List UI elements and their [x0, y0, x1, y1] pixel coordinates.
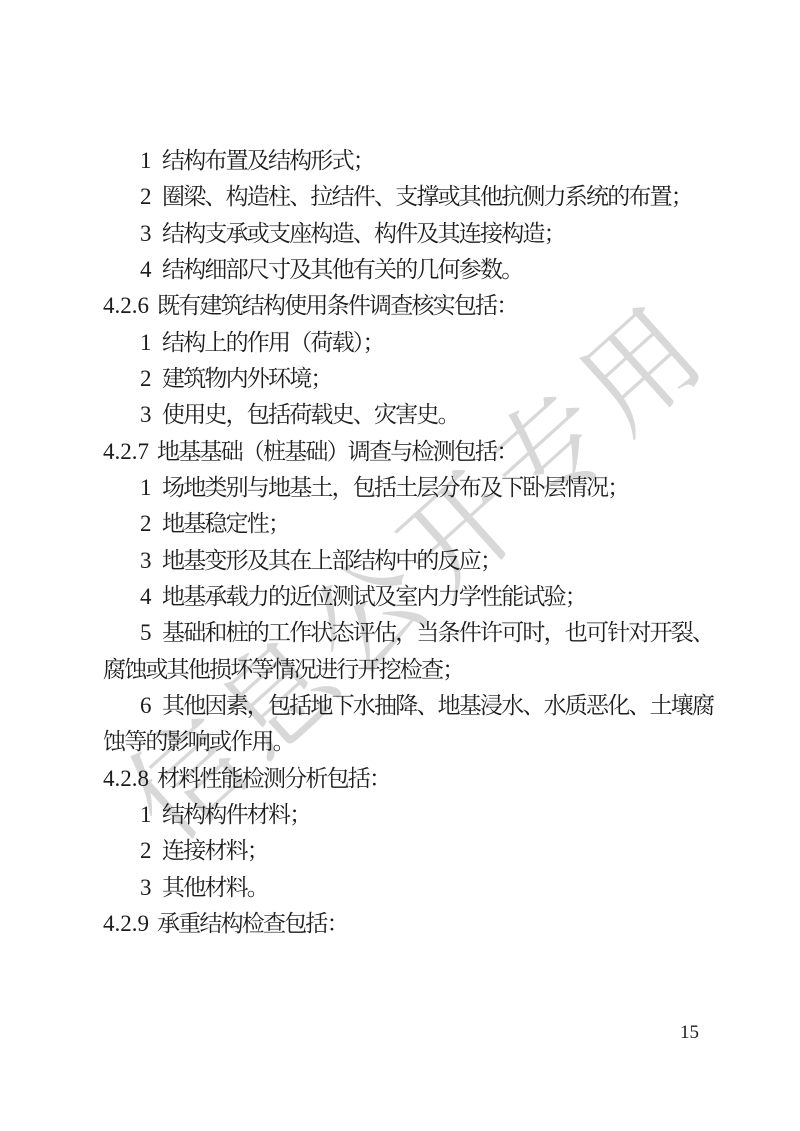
line-text: 既有建筑结构使用条件调查核实包括：	[157, 293, 517, 318]
line-text: 地基变形及其在上部结构中的反应；	[162, 548, 501, 573]
text-line: 4地基承载力的近位测试及室内力学性能试验；	[103, 579, 743, 615]
text-line: 2圈梁、构造柱、拉结件、支撑或其他抗侧力系统的布置；	[103, 179, 743, 215]
clause-line: 4.2.6既有建筑结构使用条件调查核实包括：	[103, 288, 743, 324]
text-line: 1结构构件材料；	[103, 797, 743, 833]
item-number: 5	[140, 615, 162, 651]
text-line: 5基础和桩的工作状态评估，当条件许可时，也可针对开裂、	[103, 615, 743, 651]
line-text: 结构构件材料；	[162, 802, 310, 827]
text-line: 3使用史，包括荷载史、灾害史。	[103, 397, 743, 433]
item-number: 2	[140, 179, 162, 215]
item-number: 4	[140, 252, 162, 288]
item-number: 2	[140, 833, 162, 869]
text-line: 腐蚀或其他损坏等情况进行开挖检查；	[103, 652, 743, 688]
clause-number: 4.2.7	[103, 434, 157, 470]
line-text: 其他材料。	[162, 875, 268, 900]
line-text: 地基稳定性；	[162, 511, 289, 536]
line-text: 场地类别与地基土，包括土层分布及下卧层情况；	[162, 475, 628, 500]
clause-line: 4.2.8材料性能检测分析包括：	[103, 761, 743, 797]
clause-number: 4.2.6	[103, 288, 157, 324]
page-number: 15	[680, 1022, 699, 1044]
line-text: 地基基础（桩基础）调查与检测包括：	[157, 439, 517, 464]
item-number: 3	[140, 216, 162, 252]
item-number: 4	[140, 579, 162, 615]
line-text: 蚀等的影响或作用。	[103, 729, 294, 754]
clause-number: 4.2.8	[103, 761, 157, 797]
line-text: 承重结构检查包括：	[157, 911, 348, 936]
line-text: 其他因素，包括地下水抽降、地基浸水、水质恶化、土壤腐	[162, 693, 713, 718]
item-number: 1	[140, 470, 162, 506]
line-text: 基础和桩的工作状态评估，当条件许可时，也可针对开裂、	[162, 620, 713, 645]
text-line: 3结构支承或支座构造、构件及其连接构造；	[103, 216, 743, 252]
text-line: 6其他因素，包括地下水抽降、地基浸水、水质恶化、土壤腐	[103, 688, 743, 724]
clause-line: 4.2.9承重结构检查包括：	[103, 906, 743, 942]
clause-line: 4.2.7地基基础（桩基础）调查与检测包括：	[103, 434, 743, 470]
item-number: 1	[140, 325, 162, 361]
line-text: 圈梁、构造柱、拉结件、支撑或其他抗侧力系统的布置；	[162, 184, 692, 209]
text-line: 2连接材料；	[103, 833, 743, 869]
document-page: 信息公开专用 1结构布置及结构形式；2圈梁、构造柱、拉结件、支撑或其他抗侧力系统…	[0, 0, 800, 1131]
text-line: 蚀等的影响或作用。	[103, 724, 743, 760]
line-text: 地基承载力的近位测试及室内力学性能试验；	[162, 584, 586, 609]
text-line: 4结构细部尺寸及其他有关的几何参数。	[103, 252, 743, 288]
text-line: 1结构布置及结构形式；	[103, 143, 743, 179]
text-line: 1场地类别与地基土，包括土层分布及下卧层情况；	[103, 470, 743, 506]
text-line: 2建筑物内外环境；	[103, 361, 743, 397]
line-text: 腐蚀或其他损坏等情况进行开挖检查；	[103, 657, 463, 682]
line-text: 建筑物内外环境；	[162, 366, 332, 391]
item-number: 2	[140, 361, 162, 397]
line-text: 使用史，包括荷载史、灾害史。	[162, 402, 459, 427]
text-line: 3其他材料。	[103, 870, 743, 906]
item-number: 1	[140, 143, 162, 179]
line-text: 结构细部尺寸及其他有关的几何参数。	[162, 257, 522, 282]
item-number: 3	[140, 397, 162, 433]
line-text: 结构支承或支座构造、构件及其连接构造；	[162, 221, 565, 246]
line-text: 材料性能检测分析包括：	[157, 766, 390, 791]
line-text: 结构上的作用（荷载）；	[162, 330, 384, 355]
item-number: 2	[140, 506, 162, 542]
line-text: 连接材料；	[162, 838, 268, 863]
item-number: 1	[140, 797, 162, 833]
clause-number: 4.2.9	[103, 906, 157, 942]
line-text: 结构布置及结构形式；	[162, 148, 374, 173]
item-number: 3	[140, 543, 162, 579]
text-line: 2地基稳定性；	[103, 506, 743, 542]
text-line: 3地基变形及其在上部结构中的反应；	[103, 543, 743, 579]
item-number: 3	[140, 870, 162, 906]
item-number: 6	[140, 688, 162, 724]
text-line: 1结构上的作用（荷载）；	[103, 325, 743, 361]
document-body: 1结构布置及结构形式；2圈梁、构造柱、拉结件、支撑或其他抗侧力系统的布置；3结构…	[103, 143, 743, 942]
